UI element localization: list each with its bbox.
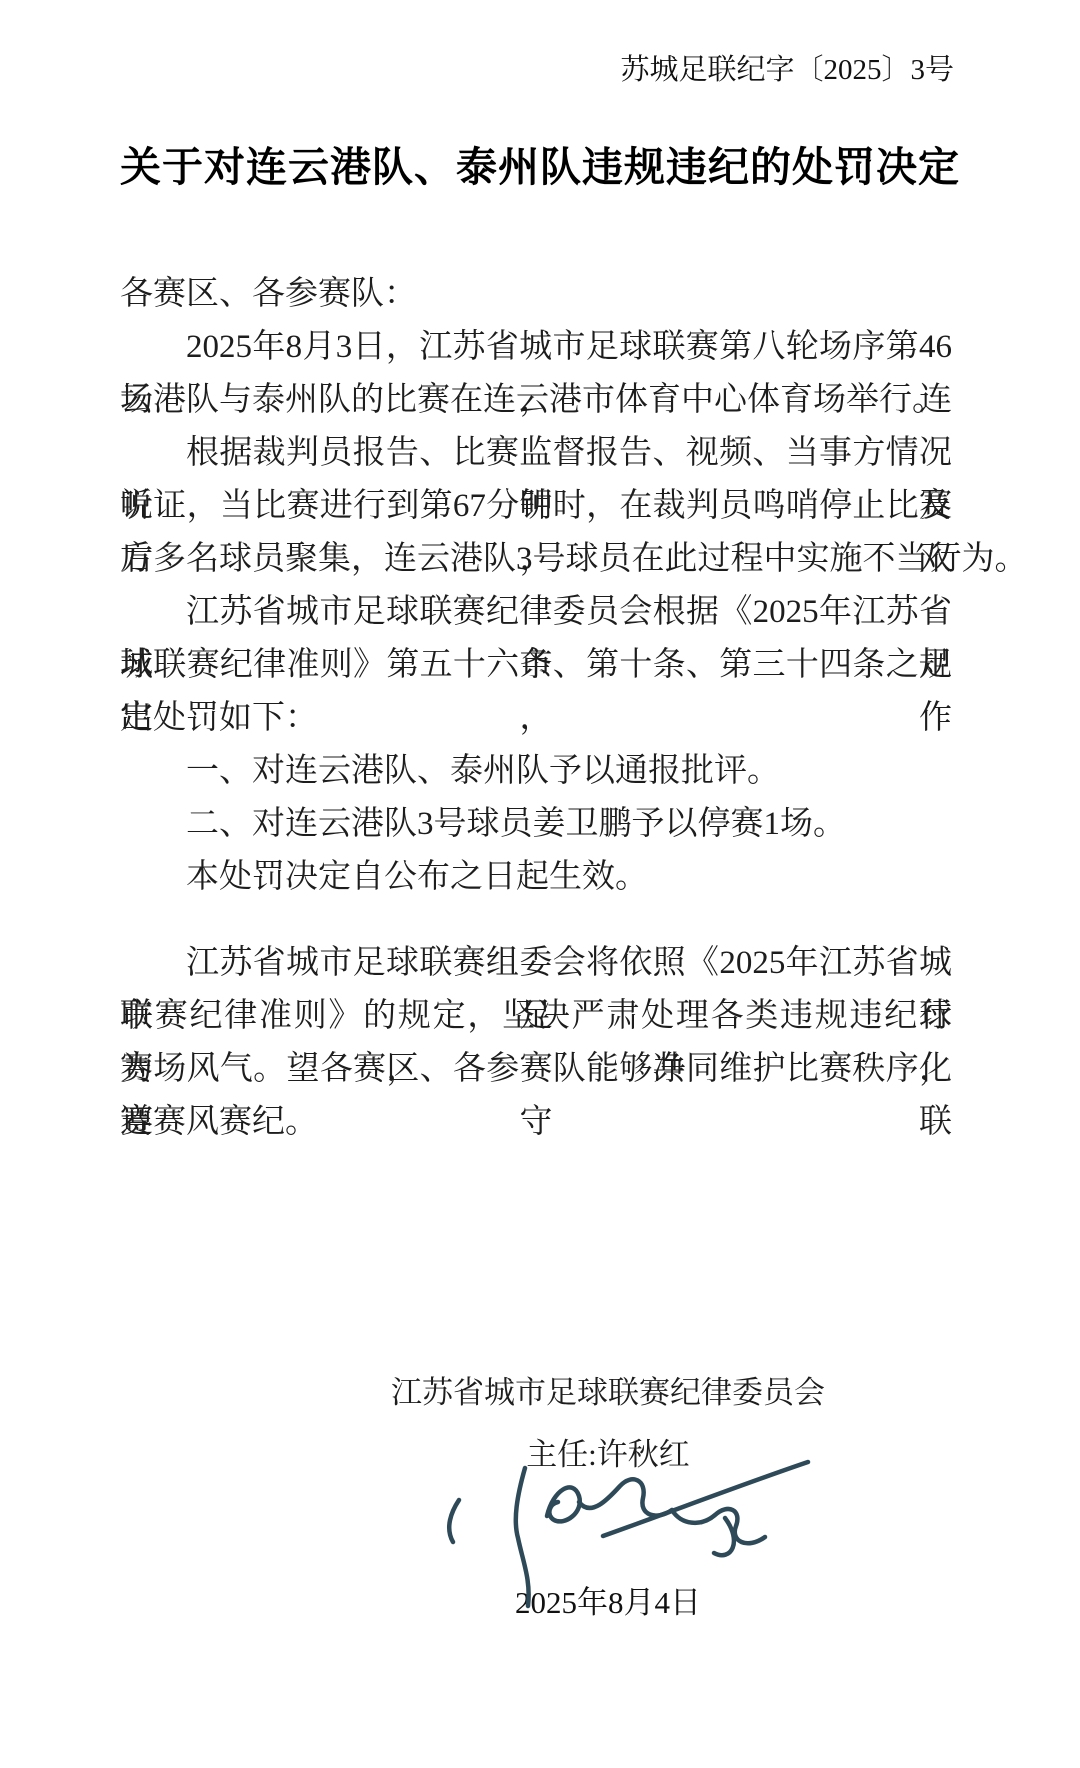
body-line: 2025年8月3日，江苏省城市足球联赛第八轮场序第46场，连 — [120, 321, 952, 374]
body-line: 方多名球员聚集，连云港队3号球员在此过程中实施不当行为。 — [120, 533, 952, 586]
issuing-committee-name: 江苏省城市足球联赛纪律委员会 — [388, 1375, 828, 1411]
body-line: 根据裁判员报告、比赛监督报告、视频、当事方情况说明及 — [120, 427, 952, 480]
document-page: 苏城足联纪字〔2025〕3号 关于对连云港队、泰州队违规违纪的处罚决定 各赛区、… — [0, 0, 1080, 1768]
body-line: 江苏省城市足球联赛组委会将依照《2025年江苏省城市足球 — [120, 937, 952, 990]
body-line: 本处罚决定自公布之日起生效。 — [120, 851, 952, 904]
body-line: 赛场风气。望各赛区、各参赛队能够共同维护比赛秩序，遵守联 — [120, 1043, 952, 1096]
body-line: 听证，当比赛进行到第67分钟时，在裁判员鸣哨停止比赛后，双 — [120, 480, 952, 533]
handwritten-signature — [425, 1458, 815, 1613]
document-body: 各赛区、各参赛队： 2025年8月3日，江苏省城市足球联赛第八轮场序第46场，连… — [120, 268, 952, 1149]
body-line: 云港队与泰州队的比赛在连云港市体育中心体育场举行。 — [120, 374, 952, 427]
paragraph-gap — [120, 904, 952, 937]
body-line: 球联赛纪律准则》第五十六条、第十条、第三十四条之规定，作 — [120, 639, 952, 692]
body-line: 一、对连云港队、泰州队予以通报批评。 — [120, 745, 952, 798]
body-line: 二、对连云港队3号球员姜卫鹏予以停赛1场。 — [120, 798, 952, 851]
body-line: 江苏省城市足球联赛纪律委员会根据《2025年江苏省城市足 — [120, 586, 952, 639]
document-title: 关于对连云港队、泰州队违规违纪的处罚决定 — [0, 134, 1080, 193]
body-line: 各赛区、各参赛队： — [120, 268, 952, 321]
doc-number: 苏城足联纪字〔2025〕3号 — [620, 52, 954, 88]
body-line: 联赛纪律准则》的规定，坚决严肃处理各类违规违纪行为，净化 — [120, 990, 952, 1043]
